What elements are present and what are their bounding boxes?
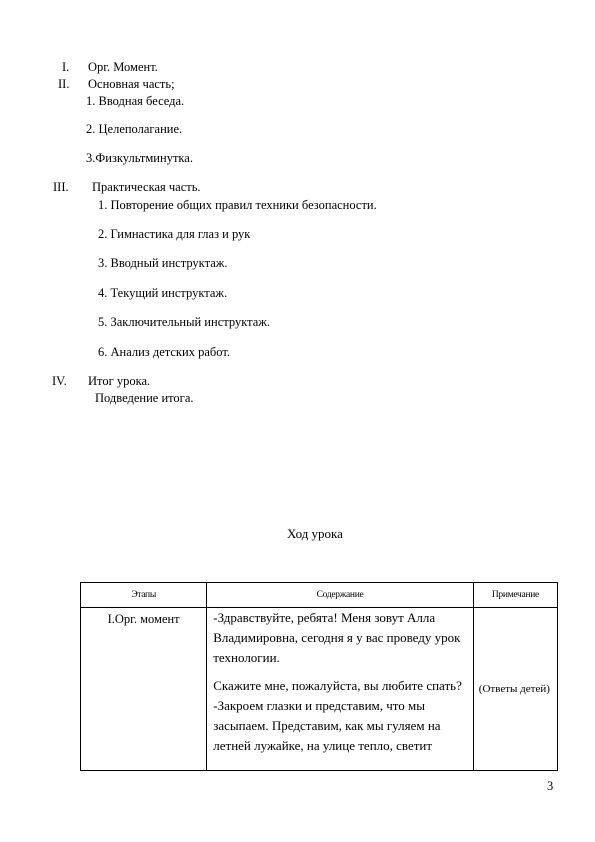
content-cell: -Здравствуйте, ребята! Меня зовут Алла В… — [207, 608, 474, 771]
list-item: 3.Физкультминутка. — [86, 151, 193, 165]
list-item: 2. Гимнастика для глаз и рук — [98, 227, 250, 241]
list-item: 5. Заключительный инструктаж. — [98, 315, 270, 329]
table-row: I.Орг. момент -Здравствуйте, ребята! Мен… — [81, 608, 558, 771]
table-header-row: Этапы Содержание Примечание — [81, 583, 558, 608]
section-numeral: II. — [58, 77, 69, 91]
list-item: 3. Вводный инструктаж. — [98, 256, 228, 270]
section-title: Орг. Момент. — [88, 60, 158, 74]
header-note: Примечание — [473, 583, 557, 608]
header-content: Содержание — [207, 583, 474, 608]
content-paragraph: Скажите мне, пожалуйста, вы любите спать… — [213, 676, 469, 696]
page-number: 3 — [547, 779, 553, 794]
list-item: 2. Целеполагание. — [86, 122, 182, 136]
lesson-title: Ход урока — [287, 526, 343, 542]
list-item: 1. Вводная беседа. — [86, 94, 184, 108]
list-item: 1. Повторение общих правил техники безоп… — [98, 198, 377, 212]
list-item: 6. Анализ детских работ. — [98, 345, 230, 359]
list-item: Подведение итога. — [95, 391, 194, 405]
stage-cell: I.Орг. момент — [81, 608, 207, 771]
content-paragraph: -Закроем глазки и представим, что мы зас… — [213, 696, 469, 756]
lesson-table: Этапы Содержание Примечание I.Орг. момен… — [80, 582, 558, 771]
section-title: Практическая часть. — [92, 180, 201, 194]
section-title: Основная часть; — [88, 77, 175, 91]
note-text: (Ответы детей) — [479, 680, 557, 699]
content-paragraph: -Здравствуйте, ребята! Меня зовут Алла В… — [213, 608, 469, 668]
note-cell: (Ответы детей) — [473, 608, 557, 771]
section-numeral: III. — [53, 180, 69, 194]
list-item: 4. Текущий инструктаж. — [98, 286, 227, 300]
section-numeral: IV. — [52, 374, 67, 388]
section-numeral: I. — [62, 60, 69, 74]
header-stages: Этапы — [81, 583, 207, 608]
section-title: Итог урока. — [88, 374, 150, 388]
